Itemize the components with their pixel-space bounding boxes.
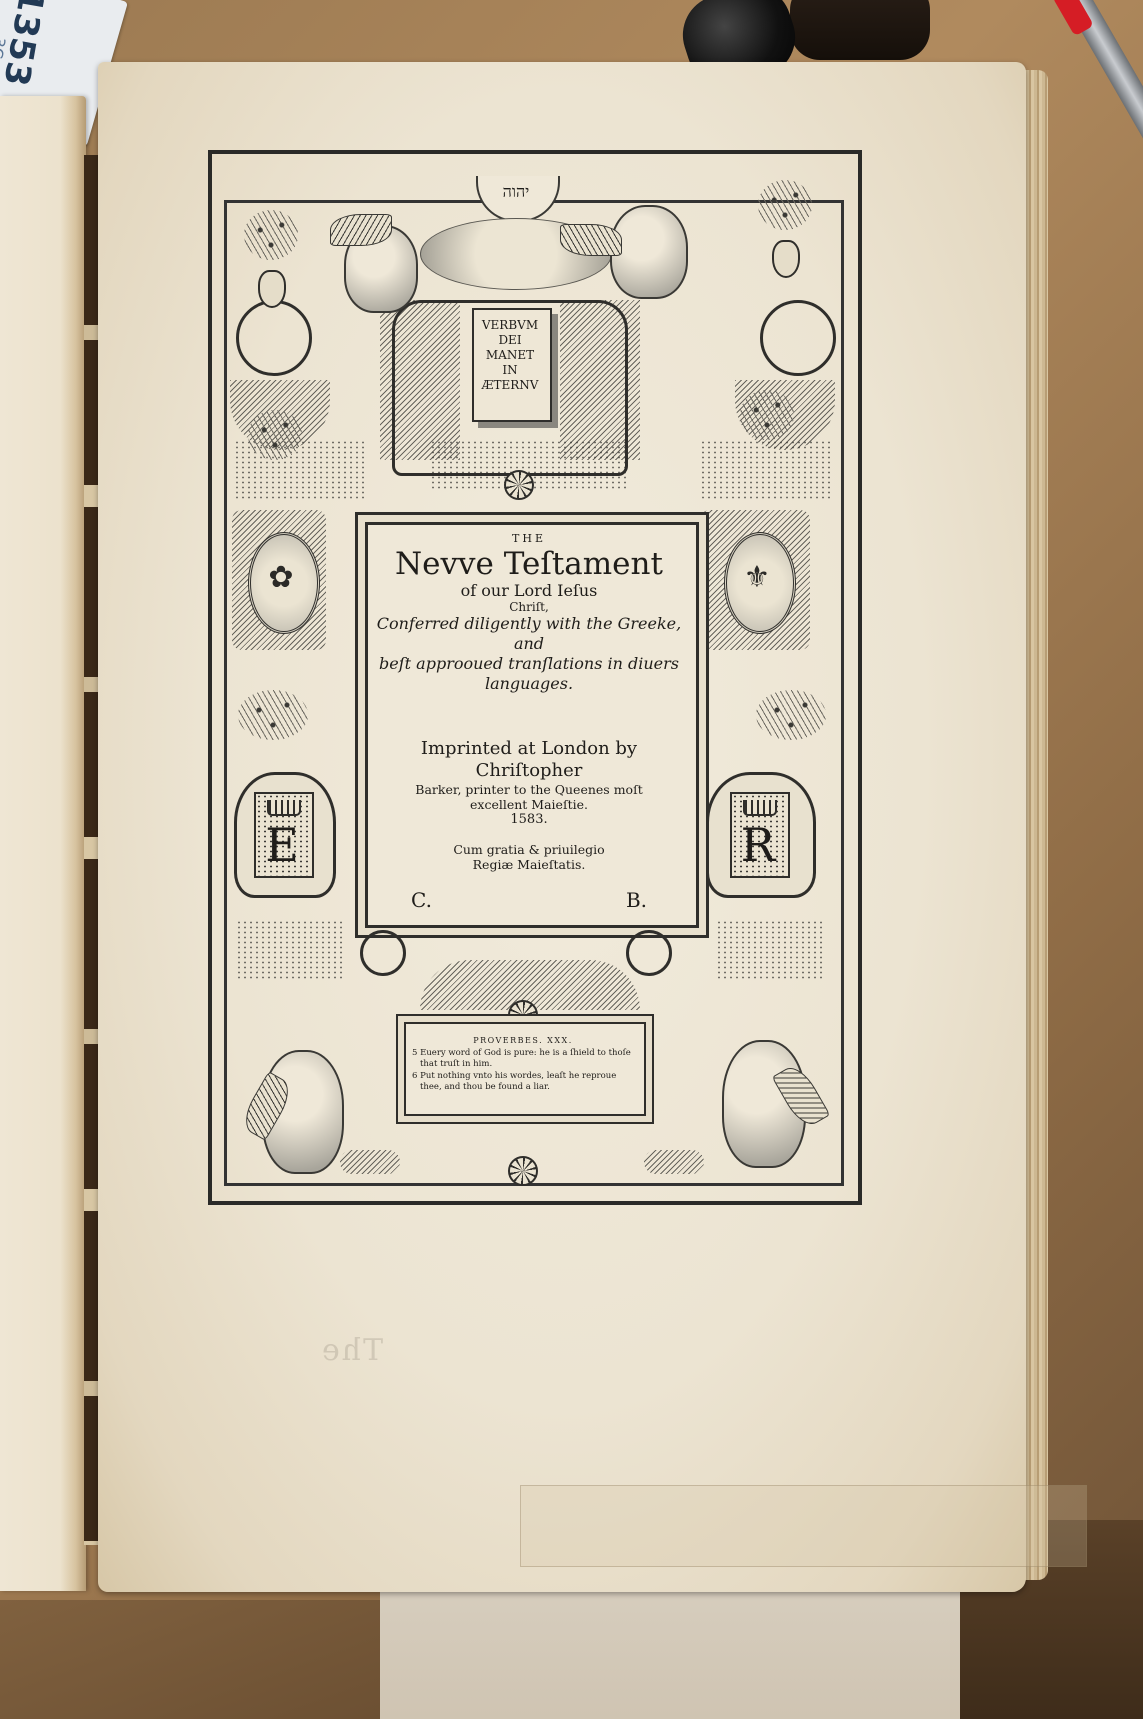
flowers-left-icon: [244, 210, 298, 260]
acanthus-right-icon: [756, 690, 826, 740]
proverbs-verse-5-cont: that truſt in him.: [420, 1059, 646, 1070]
italic-line-1: Conferred diligently with the Greeke, an…: [365, 614, 693, 654]
verse-number: 5: [412, 1048, 417, 1058]
flowers-right-icon: [758, 180, 812, 230]
desk-edge: [0, 1600, 420, 1719]
vase-right-icon: [772, 240, 800, 278]
royal-cipher-e: E: [254, 818, 310, 872]
proverbs-verse-6-cont: thee, and thou be found a liar.: [420, 1082, 646, 1093]
title-the: THE: [365, 532, 693, 545]
motto-line: IN: [472, 363, 548, 378]
scroll-roll-left: [340, 1150, 400, 1174]
initial-right: B.: [626, 888, 647, 912]
proverbs-verse-6: 6 Put nothing vnto his wordes, leaſt he …: [412, 1071, 638, 1082]
subtitle-line-1: of our Lord Ieſus: [365, 581, 693, 600]
privilege-line-2: Regiæ Maieſtatis.: [365, 857, 693, 872]
book-motto: VERBVM DEI MANET IN ÆTERNV: [472, 318, 548, 393]
proverbs-heading: PROVERBES. XXX.: [404, 1036, 642, 1045]
verse-number: 6: [412, 1071, 417, 1081]
scroll-ornament: [360, 930, 406, 976]
strapwork-left-lower: [236, 920, 346, 980]
wing-icon: [560, 224, 622, 256]
bottle-body: [790, 0, 930, 60]
rosette-icon: [508, 1156, 538, 1186]
italic-line-3: languages.: [365, 674, 693, 694]
paper-repair-strip: [520, 1485, 1087, 1567]
scroll-ornament: [626, 930, 672, 976]
main-title: Nevve Teſtament: [365, 547, 693, 581]
privilege-line-1: Cum gratia & priuilegio: [365, 842, 693, 857]
left-leaf: [0, 96, 86, 1591]
subtitle-line-2: Chriſt,: [365, 600, 693, 614]
proverbs-verse-5: 5 Euery word of God is pure: he is a ſhi…: [412, 1048, 638, 1059]
motto-line: MANET: [472, 348, 548, 363]
flaming-heart-left: [248, 410, 302, 460]
printer-line-1: Barker, printer to the Queenes moſt: [365, 782, 693, 797]
crown-icon: [743, 800, 777, 816]
wing-icon: [330, 214, 392, 246]
fleur-de-lis-icon: ⚜: [724, 560, 790, 595]
crown-icon: [267, 800, 301, 816]
italic-line-2: beſt approoued tranſlations in diuers: [365, 654, 693, 674]
scroll-ornament-right: [760, 300, 836, 376]
motto-line: DEI: [472, 333, 548, 348]
rosette-icon: [504, 470, 534, 500]
printer-initials: C. B.: [365, 888, 693, 912]
flaming-heart-right: [740, 390, 794, 440]
bleed-through-text: The: [320, 1333, 383, 1368]
verse-text: Euery word of God is pure: he is a ſhiel…: [420, 1048, 631, 1058]
title-text-block: THE Nevve Teſtament of our Lord Ieſus Ch…: [365, 532, 693, 912]
printer-line-2: excellent Maieſtie.: [365, 797, 693, 812]
initial-left: C.: [411, 888, 432, 912]
strapwork-right-lower: [716, 920, 826, 980]
imprint-line: Imprinted at London by Chriſtopher: [365, 738, 693, 782]
strapwork-right-upper: [700, 440, 830, 500]
tudor-rose-icon: ✿: [248, 560, 314, 595]
scroll-roll-right: [644, 1150, 704, 1174]
verse-text: Put nothing vnto his wordes, leaſt he re…: [420, 1071, 616, 1081]
acanthus-left-icon: [238, 690, 308, 740]
royal-cipher-r: R: [730, 818, 786, 872]
motto-line: ÆTERNV: [472, 378, 548, 393]
publication-year: 1583.: [365, 812, 693, 828]
scroll-ornament-left: [236, 300, 312, 376]
motto-line: VERBVM: [472, 318, 548, 333]
vase-left-icon: [258, 270, 286, 308]
hebrew-divine-name: יהוה: [476, 182, 556, 202]
